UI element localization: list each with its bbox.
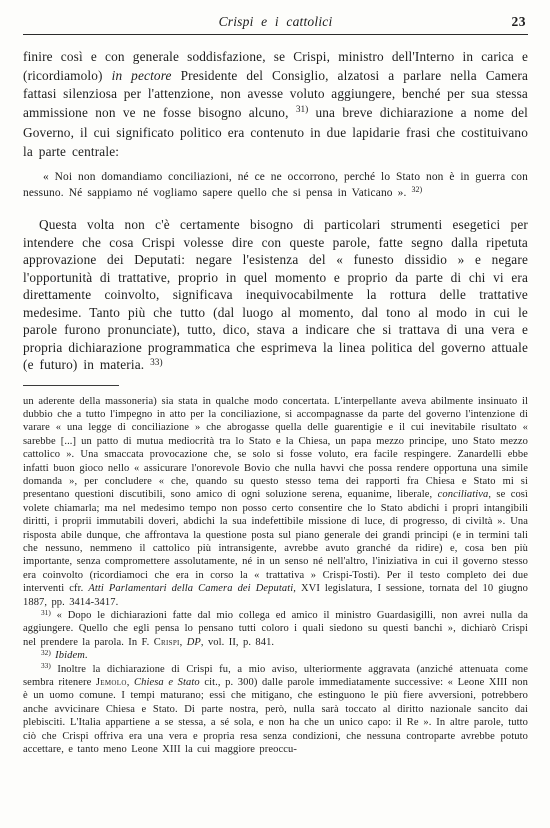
block-quote: « Noi non domandiamo conciliazioni, né c… — [23, 169, 528, 202]
text-run: Ibidem — [55, 650, 85, 661]
footnote-reference: 32) — [41, 648, 51, 657]
text-run: , — [180, 637, 187, 648]
text-run: un aderente della massoneria) sia stata … — [23, 396, 528, 501]
text-run: , se così volete chiamarla; ma nel medes… — [23, 489, 528, 594]
text-run: Questa volta non c'è certamente bisogno … — [23, 217, 528, 372]
page-header: Crispi e i cattolici 23 — [23, 14, 528, 35]
footnote-reference: 31) — [41, 608, 51, 617]
footnote-reference: 31) — [296, 105, 308, 115]
paragraph-1: finire così e con generale soddisfazione… — [23, 48, 528, 161]
text-run: . — [85, 650, 88, 661]
footnote-30-continuation: un aderente della massoneria) sia stata … — [23, 395, 528, 610]
footnote-reference: 32) — [411, 185, 422, 194]
text-run: in pectore — [112, 68, 172, 83]
footnote-31: 31) « Dopo le dichiarazioni fatte dal mi… — [23, 609, 528, 649]
footnote-32: 32) Ibidem. — [23, 649, 528, 662]
footnote-reference: 33) — [41, 661, 51, 670]
text-run: Atti Parlamentari della Camera dei Deput… — [88, 583, 293, 594]
text-run: , — [127, 677, 134, 688]
text-run: « Noi non domandiamo conciliazioni, né c… — [23, 171, 528, 199]
text-run: Jemolo — [96, 677, 127, 688]
text-run: conciliativa — [438, 489, 489, 500]
text-run: Crispi — [154, 637, 180, 648]
text-run: DP — [187, 637, 201, 648]
footnote-33: 33) Inoltre la dichiarazione di Crispi f… — [23, 663, 528, 757]
text-run: Chiesa e Stato — [134, 677, 200, 688]
page-number: 23 — [512, 14, 527, 30]
footnotes-section: un aderente della massoneria) sia stata … — [23, 395, 528, 757]
running-title: Crispi e i cattolici — [23, 14, 528, 30]
text-run: « Dopo le dichiarazioni fatte dal mio co… — [23, 610, 528, 648]
text-run: cit., p. 300) dalle parole immediatament… — [23, 677, 528, 755]
footnote-reference: 33) — [150, 358, 162, 368]
footnote-separator — [23, 385, 119, 386]
book-page-scan: Crispi e i cattolici 23 finire così e co… — [0, 0, 550, 828]
text-run: , vol. II, p. 841. — [201, 637, 274, 648]
body-text: finire così e con generale soddisfazione… — [23, 48, 528, 377]
paragraph-2: Questa volta non c'è certamente bisogno … — [23, 216, 528, 377]
